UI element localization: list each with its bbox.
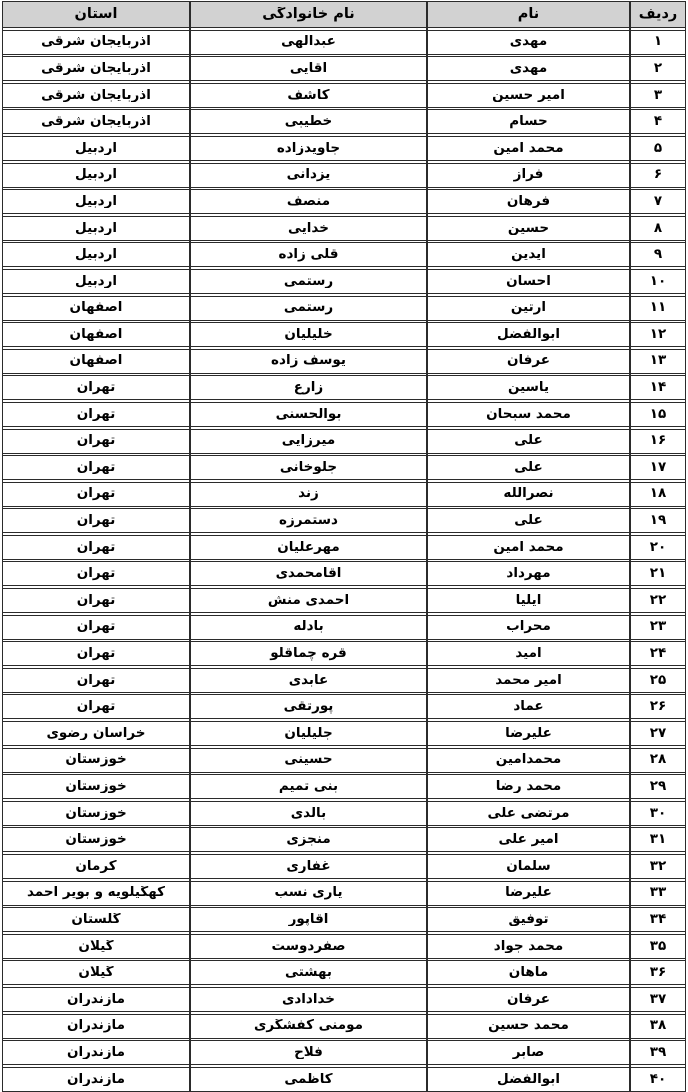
- cell-name: ماهان: [427, 966, 630, 980]
- cell-province: تهران: [2, 381, 190, 395]
- cell-name: ابوالفضل: [427, 1073, 630, 1087]
- table-row: ۳۸محمد حسینمومنی کفشگریمازندران: [2, 1014, 686, 1039]
- cell-name: حسام: [427, 115, 630, 129]
- cell-family: منصف: [190, 195, 427, 209]
- cell-radif: ۲۲: [630, 594, 686, 608]
- cell-radif: ۳۶: [630, 966, 686, 980]
- cell-name: توفیق: [427, 913, 630, 927]
- cell-province: تهران: [2, 487, 190, 501]
- cell-name: محمد امین: [427, 142, 630, 156]
- table-row: ۱۴یاسینزارعتهران: [2, 375, 686, 400]
- table-row: ۳۷عرفانخدادادیمازندران: [2, 987, 686, 1012]
- cell-family: فلاح: [190, 1046, 427, 1060]
- column-header-name: نام: [427, 7, 630, 22]
- cell-name: فراز: [427, 168, 630, 182]
- cell-radif: ۴: [630, 115, 686, 129]
- cell-name: مهرداد: [427, 567, 630, 581]
- cell-province: تهران: [2, 674, 190, 688]
- table-row: ۶فرازیزدانیاردبیل: [2, 163, 686, 188]
- table-row: ۳۳علیرضایاری نسبکهگیلویه و بویر احمد: [2, 881, 686, 906]
- cell-name: محمد جواد: [427, 940, 630, 954]
- cell-radif: ۱۷: [630, 461, 686, 475]
- cell-family: عبدالهی: [190, 35, 427, 49]
- cell-radif: ۱۳: [630, 354, 686, 368]
- column-header-province: استان: [2, 7, 190, 22]
- cell-province: تهران: [2, 620, 190, 634]
- cell-province: آذربایجان شرقی: [2, 89, 190, 103]
- cell-province: اردبیل: [2, 248, 190, 262]
- table-row: ۲۶عمادپورتقیتهران: [2, 694, 686, 719]
- cell-family: خطیبی: [190, 115, 427, 129]
- cell-radif: ۳۸: [630, 1019, 686, 1033]
- cell-radif: ۱: [630, 35, 686, 49]
- table-body: ۱مهدیعبدالهیآذربایجان شرقی۲مهدیآقاییآذرب…: [2, 30, 686, 1092]
- cell-family: خدایی: [190, 222, 427, 236]
- cell-name: محمد رضا: [427, 780, 630, 794]
- cell-family: آقامحمدی: [190, 567, 427, 581]
- cell-family: کاظمی: [190, 1073, 427, 1087]
- cell-province: آذربایجان شرقی: [2, 35, 190, 49]
- cell-family: خدادادی: [190, 993, 427, 1007]
- cell-family: رستمی: [190, 301, 427, 315]
- cell-name: آرتین: [427, 301, 630, 315]
- cell-family: مهرعلیان: [190, 541, 427, 555]
- cell-name: صابر: [427, 1046, 630, 1060]
- roster-table: ردیف نام نام خانوادگی استان ۱مهدیعبدالهی…: [2, 1, 686, 1092]
- table-row: ۱۹علیدستمرزهتهران: [2, 508, 686, 533]
- table-row: ۱۰احسانرستمیاردبیل: [2, 269, 686, 294]
- cell-province: مازندران: [2, 1046, 190, 1060]
- cell-province: تهران: [2, 700, 190, 714]
- cell-province: اردبیل: [2, 222, 190, 236]
- cell-name: عرفان: [427, 993, 630, 1007]
- cell-radif: ۱۰: [630, 275, 686, 289]
- cell-name: عرفان: [427, 354, 630, 368]
- cell-province: اردبیل: [2, 168, 190, 182]
- cell-family: زارع: [190, 381, 427, 395]
- table-row: ۱۳عرفانیوسف زادهاصفهان: [2, 349, 686, 374]
- table-row: ۱۶علیمیرزاییتهران: [2, 429, 686, 454]
- table-row: ۲۰محمد امینمهرعلیانتهران: [2, 535, 686, 560]
- cell-name: علیرضا: [427, 727, 630, 741]
- cell-family: مومنی کفشگری: [190, 1019, 427, 1033]
- cell-family: عابدی: [190, 674, 427, 688]
- cell-radif: ۲۶: [630, 700, 686, 714]
- cell-province: خوزستان: [2, 780, 190, 794]
- column-divider-family: [189, 1, 190, 1092]
- cell-family: بادله: [190, 620, 427, 634]
- cell-family: یاری نسب: [190, 886, 427, 900]
- cell-family: پورتقی: [190, 700, 427, 714]
- cell-family: بالدی: [190, 807, 427, 821]
- table-row: ۳۶ماهانبهشتیگیلان: [2, 960, 686, 985]
- table-row: ۱۵محمد سبحانبوالحسنیتهران: [2, 402, 686, 427]
- cell-family: بوالحسنی: [190, 408, 427, 422]
- cell-province: اردبیل: [2, 275, 190, 289]
- cell-name: یاسین: [427, 381, 630, 395]
- table-row: ۱۷علیجلوخانیتهران: [2, 455, 686, 480]
- cell-radif: ۶: [630, 168, 686, 182]
- cell-name: احسان: [427, 275, 630, 289]
- cell-radif: ۲۷: [630, 727, 686, 741]
- table-row: ۱مهدیعبدالهیآذربایجان شرقی: [2, 30, 686, 55]
- document-page: ردیف نام نام خانوادگی استان ۱مهدیعبدالهی…: [0, 0, 688, 1092]
- cell-name: علی: [427, 461, 630, 475]
- table-row: ۲۸محمدامینحسینیخوزستان: [2, 748, 686, 773]
- table-row: ۴حسامخطیبیآذربایجان شرقی: [2, 109, 686, 134]
- column-divider-radif: [629, 1, 630, 1092]
- cell-radif: ۲۵: [630, 674, 686, 688]
- cell-radif: ۲۰: [630, 541, 686, 555]
- cell-province: گیلان: [2, 966, 190, 980]
- cell-province: خوزستان: [2, 807, 190, 821]
- cell-province: اردبیل: [2, 195, 190, 209]
- cell-province: تهران: [2, 647, 190, 661]
- cell-family: بنی تمیم: [190, 780, 427, 794]
- cell-name: امید: [427, 647, 630, 661]
- cell-province: تهران: [2, 541, 190, 555]
- cell-radif: ۲: [630, 62, 686, 76]
- cell-family: دستمرزه: [190, 514, 427, 528]
- cell-name: فرهان: [427, 195, 630, 209]
- cell-radif: ۲۹: [630, 780, 686, 794]
- cell-province: خوزستان: [2, 753, 190, 767]
- cell-province: گیلان: [2, 940, 190, 954]
- cell-radif: ۲۴: [630, 647, 686, 661]
- cell-name: محمدامین: [427, 753, 630, 767]
- cell-radif: ۳: [630, 89, 686, 103]
- cell-family: زند: [190, 487, 427, 501]
- cell-radif: ۹: [630, 248, 686, 262]
- cell-family: رستمی: [190, 275, 427, 289]
- cell-radif: ۱۲: [630, 328, 686, 342]
- cell-family: جلیلیان: [190, 727, 427, 741]
- cell-radif: ۳۰: [630, 807, 686, 821]
- cell-radif: ۱۶: [630, 434, 686, 448]
- cell-name: عماد: [427, 700, 630, 714]
- cell-radif: ۳۴: [630, 913, 686, 927]
- cell-province: آذربایجان شرقی: [2, 115, 190, 129]
- cell-radif: ۷: [630, 195, 686, 209]
- cell-radif: ۳۲: [630, 860, 686, 874]
- table-row: ۳۹صابرفلاحمازندران: [2, 1040, 686, 1065]
- table-row: ۱۱آرتینرستمیاصفهان: [2, 296, 686, 321]
- cell-family: یزدانی: [190, 168, 427, 182]
- table-row: ۵محمد امینجاویدزادهاردبیل: [2, 136, 686, 161]
- table-row: ۱۲ابوالفضلخلیلیاناصفهان: [2, 322, 686, 347]
- cell-radif: ۳۱: [630, 833, 686, 847]
- cell-family: غفاری: [190, 860, 427, 874]
- cell-family: آقاپور: [190, 913, 427, 927]
- cell-family: کاشف: [190, 89, 427, 103]
- cell-province: آذربایجان شرقی: [2, 62, 190, 76]
- column-header-radif: ردیف: [630, 7, 686, 22]
- cell-province: تهران: [2, 514, 190, 528]
- cell-province: تهران: [2, 408, 190, 422]
- cell-province: خراسان رضوی: [2, 727, 190, 741]
- cell-province: گلستان: [2, 913, 190, 927]
- cell-radif: ۱۱: [630, 301, 686, 315]
- cell-province: اصفهان: [2, 301, 190, 315]
- cell-name: امیر محمد: [427, 674, 630, 688]
- cell-name: محمد امین: [427, 541, 630, 555]
- table-row: ۲۱مهردادآقامحمدیتهران: [2, 561, 686, 586]
- cell-family: جلوخانی: [190, 461, 427, 475]
- cell-name: ابوالفضل: [427, 328, 630, 342]
- cell-name: امیر حسین: [427, 89, 630, 103]
- cell-province: تهران: [2, 594, 190, 608]
- table-row: ۲۵امیر محمدعابدیتهران: [2, 668, 686, 693]
- cell-radif: ۲۸: [630, 753, 686, 767]
- cell-radif: ۳۹: [630, 1046, 686, 1060]
- table-row: ۲۴امیدقره چماقلوتهران: [2, 641, 686, 666]
- cell-family: جاویدزاده: [190, 142, 427, 156]
- cell-province: اردبیل: [2, 142, 190, 156]
- cell-province: مازندران: [2, 993, 190, 1007]
- table-row: ۳امیر حسینکاشفآذربایجان شرقی: [2, 83, 686, 108]
- column-header-family: نام خانوادگی: [190, 7, 427, 22]
- cell-province: تهران: [2, 461, 190, 475]
- column-divider-name: [426, 1, 427, 1092]
- cell-radif: ۲۱: [630, 567, 686, 581]
- cell-family: صفردوست: [190, 940, 427, 954]
- cell-name: محمد سبحان: [427, 408, 630, 422]
- cell-province: تهران: [2, 567, 190, 581]
- table-row: ۲مهدیآقاییآذربایجان شرقی: [2, 56, 686, 81]
- cell-radif: ۱۴: [630, 381, 686, 395]
- cell-name: سلمان: [427, 860, 630, 874]
- table-border-left: [2, 1, 3, 1092]
- cell-province: کهگیلویه و بویر احمد: [2, 886, 190, 900]
- cell-radif: ۴۰: [630, 1073, 686, 1087]
- table-row: ۳۰مرتضی علیبالدیخوزستان: [2, 801, 686, 826]
- cell-name: علیرضا: [427, 886, 630, 900]
- table-row: ۲۲ایلیااحمدی منشتهران: [2, 588, 686, 613]
- cell-province: مازندران: [2, 1019, 190, 1033]
- cell-province: تهران: [2, 434, 190, 448]
- table-row: ۱۸نصراللهزندتهران: [2, 482, 686, 507]
- cell-name: ایلیا: [427, 594, 630, 608]
- table-row: ۴۰ابوالفضلکاظمیمازندران: [2, 1067, 686, 1092]
- table-border-right: [685, 1, 686, 1092]
- cell-name: محراب: [427, 620, 630, 634]
- cell-province: اصفهان: [2, 354, 190, 368]
- cell-radif: ۳۵: [630, 940, 686, 954]
- table-row: ۳۱امیر علیمنجزیخوزستان: [2, 827, 686, 852]
- cell-radif: ۲۳: [630, 620, 686, 634]
- table-row: ۲۹محمد رضابنی تمیمخوزستان: [2, 774, 686, 799]
- cell-family: خلیلیان: [190, 328, 427, 342]
- cell-name: امیر علی: [427, 833, 630, 847]
- table-row: ۲۳محراببادلهتهران: [2, 615, 686, 640]
- cell-family: احمدی منش: [190, 594, 427, 608]
- cell-name: محمد حسین: [427, 1019, 630, 1033]
- cell-family: قلی زاده: [190, 248, 427, 262]
- cell-name: علی: [427, 434, 630, 448]
- table-row: ۷فرهانمنصفاردبیل: [2, 189, 686, 214]
- cell-radif: ۸: [630, 222, 686, 236]
- cell-name: مهدی: [427, 62, 630, 76]
- cell-radif: ۱۵: [630, 408, 686, 422]
- cell-name: مرتضی علی: [427, 807, 630, 821]
- table-row: ۳۲سلمانغفاریکرمان: [2, 854, 686, 879]
- cell-province: خوزستان: [2, 833, 190, 847]
- cell-family: قره چماقلو: [190, 647, 427, 661]
- cell-family: آقایی: [190, 62, 427, 76]
- table-row: ۳۴توفیقآقاپورگلستان: [2, 907, 686, 932]
- table-row: ۹آیدینقلی زادهاردبیل: [2, 242, 686, 267]
- cell-radif: ۳۳: [630, 886, 686, 900]
- cell-family: میرزایی: [190, 434, 427, 448]
- cell-family: منجزی: [190, 833, 427, 847]
- cell-name: آیدین: [427, 248, 630, 262]
- cell-province: مازندران: [2, 1073, 190, 1087]
- cell-radif: ۱۸: [630, 487, 686, 501]
- cell-family: بهشتی: [190, 966, 427, 980]
- cell-province: کرمان: [2, 860, 190, 874]
- table-row: ۲۷علیرضاجلیلیانخراسان رضوی: [2, 721, 686, 746]
- cell-name: نصرالله: [427, 487, 630, 501]
- cell-family: یوسف زاده: [190, 354, 427, 368]
- cell-name: مهدی: [427, 35, 630, 49]
- cell-radif: ۵: [630, 142, 686, 156]
- cell-radif: ۱۹: [630, 514, 686, 528]
- table-row: ۸حسینخداییاردبیل: [2, 216, 686, 241]
- cell-radif: ۳۷: [630, 993, 686, 1007]
- cell-province: اصفهان: [2, 328, 190, 342]
- table-header-row: ردیف نام نام خانوادگی استان: [2, 1, 686, 28]
- table-row: ۳۵محمد جوادصفردوستگیلان: [2, 934, 686, 959]
- cell-family: حسینی: [190, 753, 427, 767]
- cell-name: حسین: [427, 222, 630, 236]
- cell-name: علی: [427, 514, 630, 528]
